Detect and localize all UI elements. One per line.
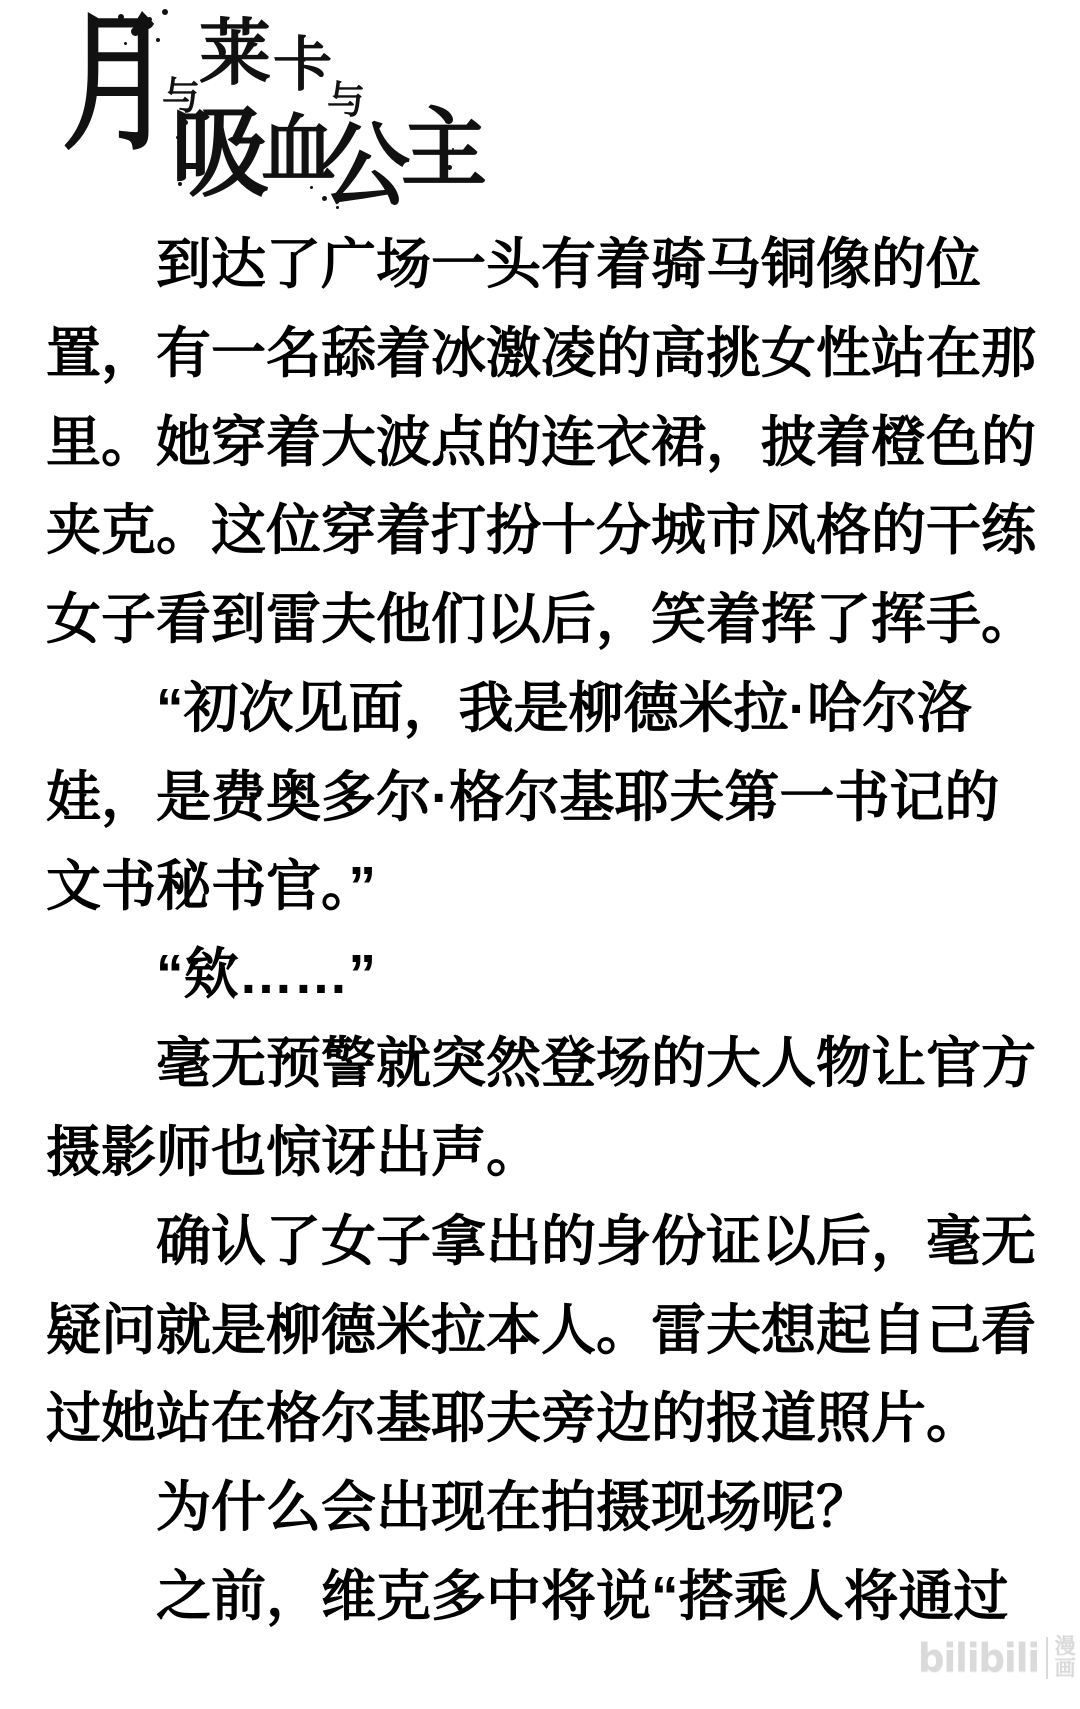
text-line: “欸……” (46, 930, 1036, 1019)
novel-text-block: 到达了广场一头有着骑马铜像的位 置，有一名舔着冰激凌的高挑女性站在那 里。她穿着… (46, 220, 1036, 1641)
text-line: 为什么会出现在拍摄现场呢？ (46, 1463, 1036, 1552)
text-line: 女子看到雷夫他们以后，笑着挥了挥手。 (46, 575, 1036, 664)
text-line: 过她站在格尔基耶夫旁边的报道照片。 (46, 1374, 1036, 1463)
ink-splatter-dot (183, 120, 188, 125)
text-line: 里。她穿着大波点的连衣裙，披着橙色的 (46, 398, 1036, 487)
logo-char: 公 (319, 121, 410, 212)
ink-splatter-dot (447, 165, 452, 170)
text-line: 疑问就是柳德米拉本人。雷夫想起自己看 (46, 1286, 1036, 1375)
text-line: 毫无预警就突然登场的大人物让官方 (46, 1019, 1036, 1108)
ink-splatter-dot (162, 9, 168, 15)
logo-char: 主 (401, 106, 487, 192)
ink-splatter-dot (176, 136, 179, 139)
watermark-divider (1046, 1637, 1048, 1679)
text-line: 娃，是费奥多尔·格尔基耶夫第一书记的 (46, 753, 1036, 842)
bilibili-manga-watermark: bilibili 漫画 (918, 1636, 1077, 1680)
text-line: 摄影师也惊讶出声。 (46, 1108, 1036, 1197)
text-line: 文书秘书官。” (46, 842, 1036, 931)
ink-splatter-dot (156, 38, 160, 42)
ink-splatter-dot (336, 206, 339, 209)
ink-splatter-dot (124, 42, 127, 45)
ink-splatter-dot (131, 27, 140, 36)
logo-char: 卡 (273, 36, 332, 95)
ink-splatter-dot (139, 50, 142, 53)
ink-splatter-dot (459, 178, 462, 181)
logo-char: 月 (62, 10, 172, 161)
title-logo: 月 与 莱 卡 与 吸 血 公 主 (0, 0, 500, 220)
ink-splatter-dot (322, 196, 327, 201)
ink-splatter-dot (452, 148, 454, 150)
ink-splatter-dot (178, 182, 182, 186)
text-line: 夹克。这位穿着打扮十分城市风格的干练 (46, 486, 1036, 575)
text-line: 确认了女子拿出的身份证以后，毫无 (46, 1197, 1036, 1286)
bilibili-logo: bilibili (918, 1635, 1039, 1680)
ink-splatter-dot (147, 17, 152, 22)
ink-splatter-dot (310, 186, 313, 189)
text-line: 置，有一名舔着冰激凌的高挑女性站在那 (46, 309, 1036, 398)
text-line: “初次见面，我是柳德米拉·哈尔洛 (46, 664, 1036, 753)
text-line: 到达了广场一头有着骑马铜像的位 (46, 220, 1036, 309)
novel-reader-page[interactable]: 月 与 莱 卡 与 吸 血 公 主 到达了广场一头有着骑马铜像的位 置，有一名舔… (0, 0, 1080, 1709)
manga-label: 漫画 (1053, 1636, 1077, 1680)
ink-splatter-dot (118, 14, 124, 20)
logo-char: 莱 (199, 18, 271, 90)
text-line: 之前，维克多中将说“搭乘人将通过 (46, 1552, 1036, 1641)
